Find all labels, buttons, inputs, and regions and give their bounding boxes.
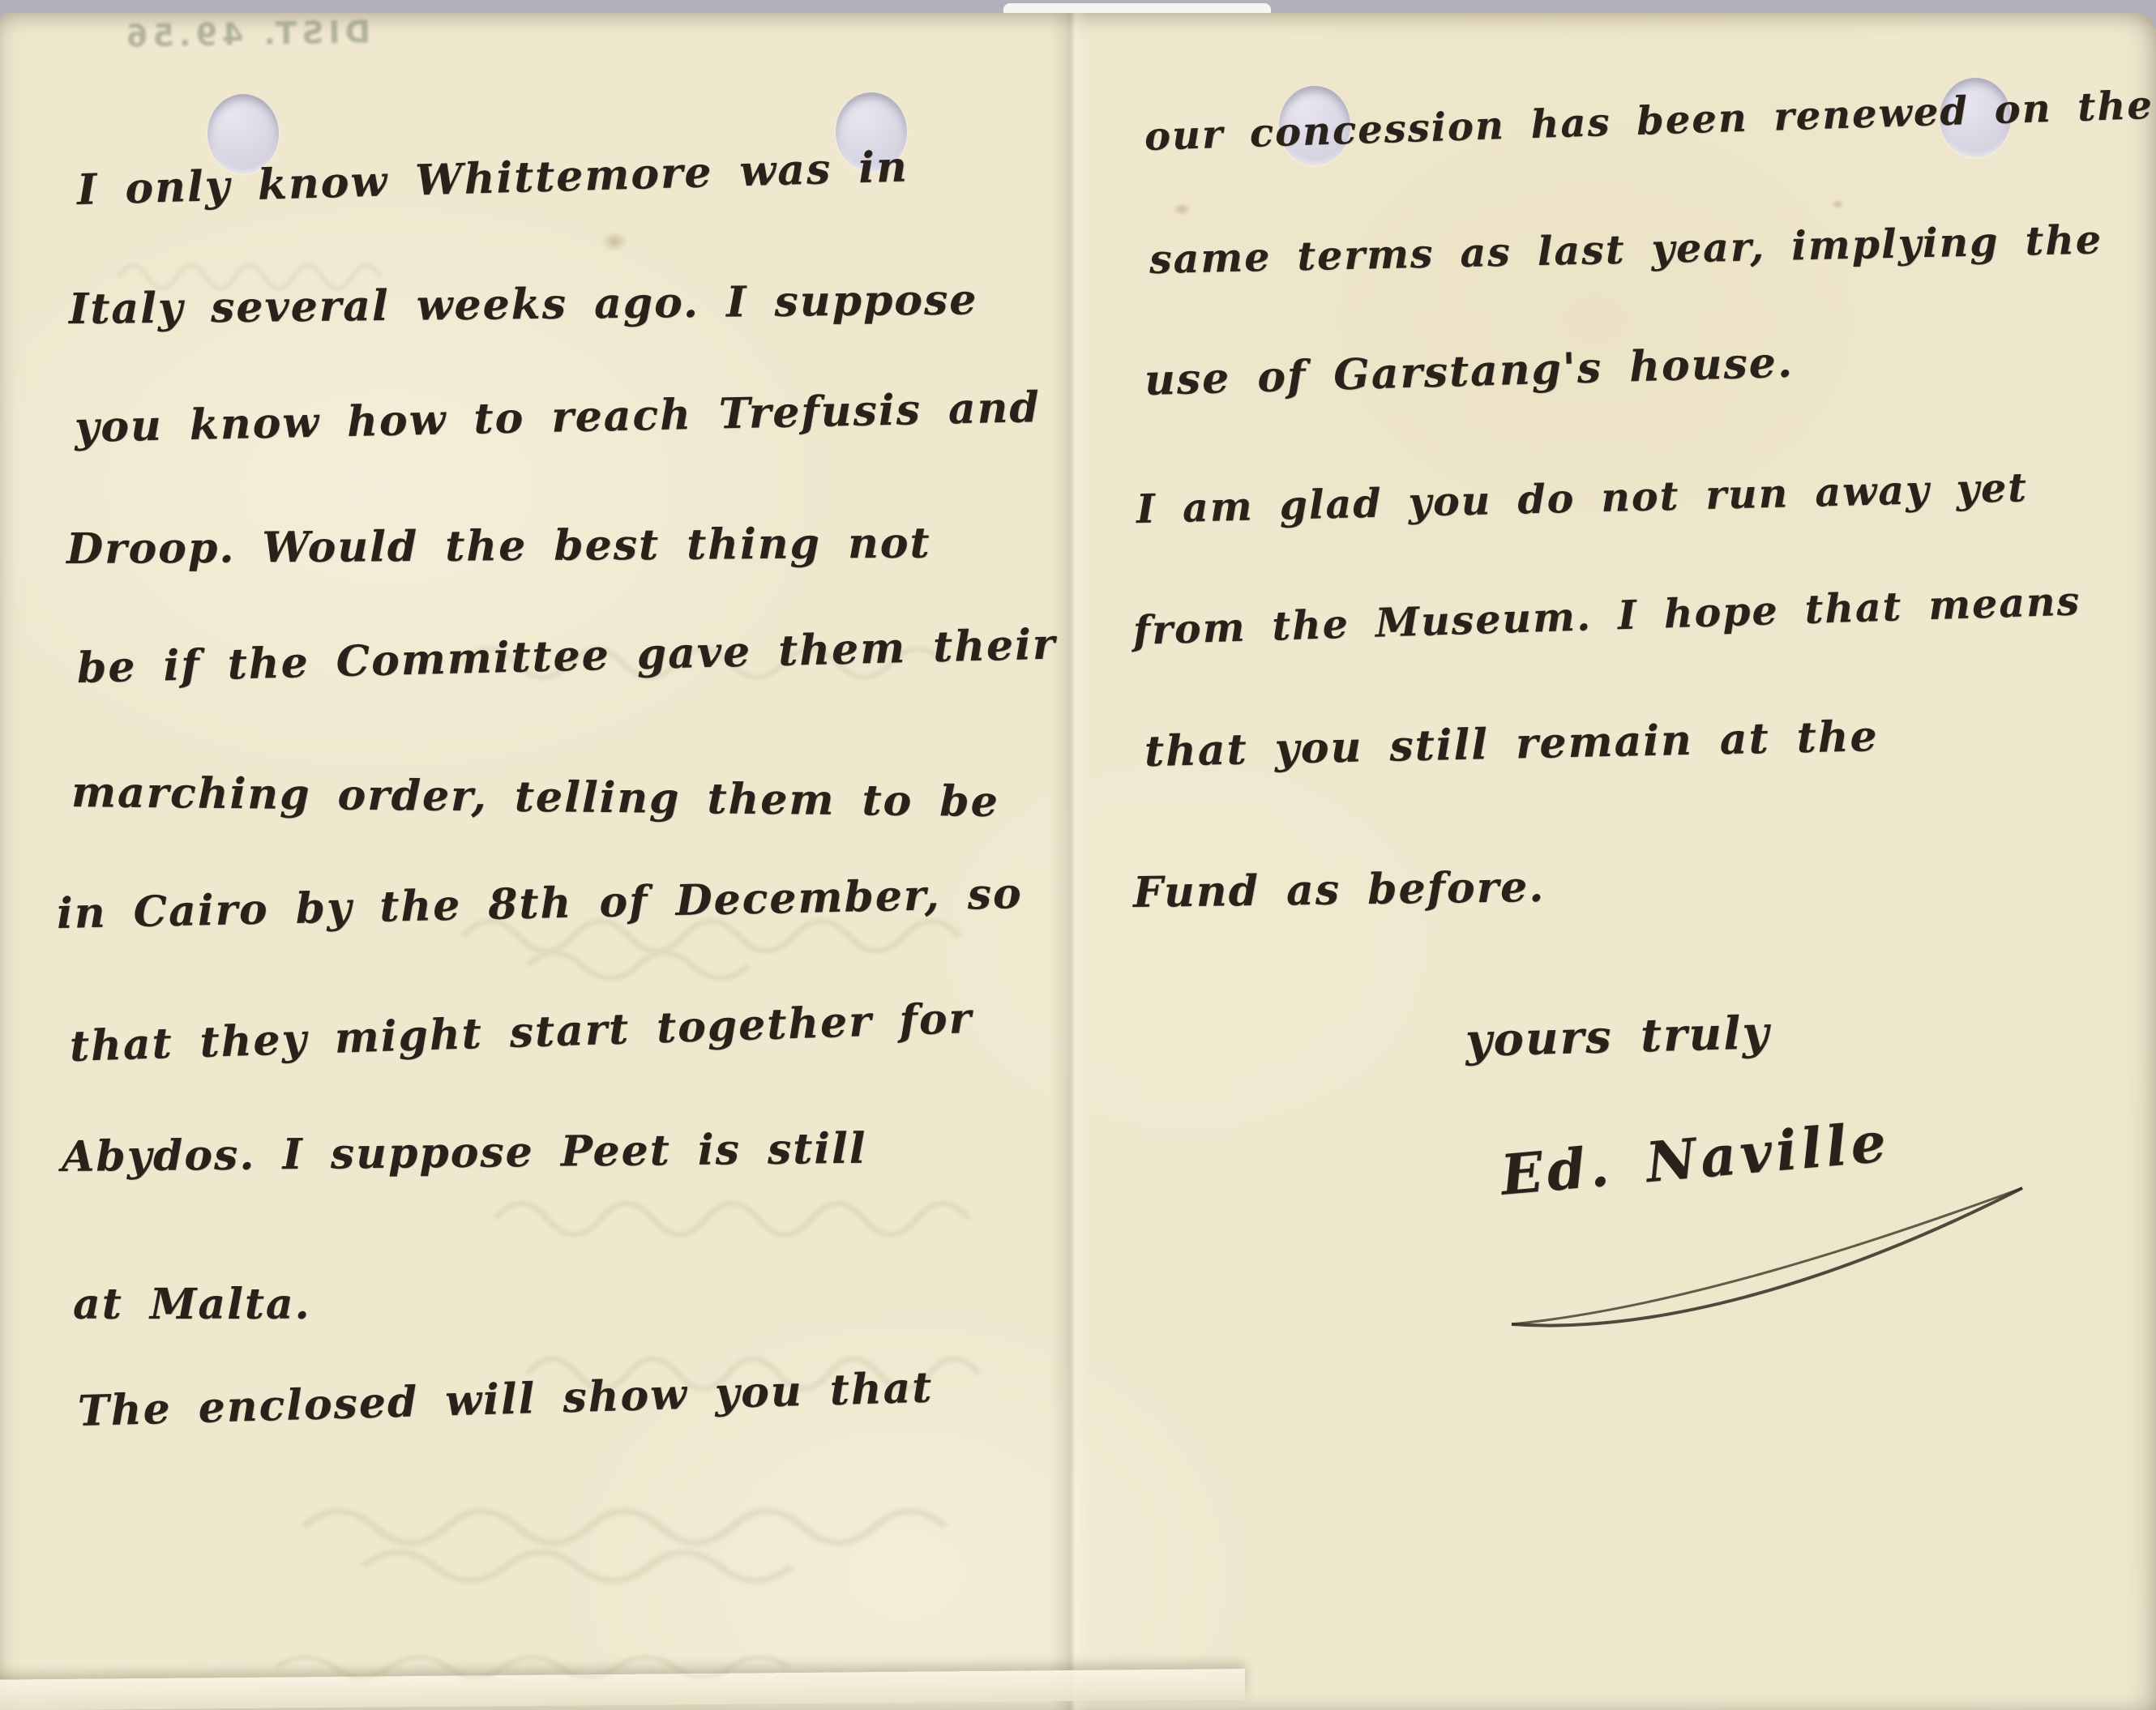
bleed-through-ghost	[267, 1634, 835, 1691]
handwriting-line: at Malta.	[73, 1280, 311, 1329]
foxing-spot	[1173, 203, 1191, 216]
foxing-spot	[1832, 199, 1844, 209]
letter-closing: yours truly	[1465, 1007, 1771, 1067]
bleed-through-ghost	[486, 1167, 1013, 1256]
bleed-through-ghost	[292, 1483, 1005, 1588]
handwriting-line: Droop. Would the best thing not	[66, 519, 931, 574]
letter-scan: DIST. 49.56 I only know Whittemore was i…	[0, 0, 2156, 1710]
center-fold-crease	[1050, 13, 1088, 1710]
handwriting-line: Fund as before.	[1133, 863, 1546, 917]
handwriting-line: marching order, telling them to be	[71, 768, 999, 827]
foxing-spot	[601, 232, 627, 251]
handwriting-line: Italy several weeks ago. I suppose	[69, 276, 978, 334]
handwriting-line: Abydos. I suppose Peet is still	[62, 1125, 867, 1182]
ghost-stamp-text: DIST. 49.56	[122, 14, 371, 53]
signature-flourish	[1487, 1141, 2055, 1336]
